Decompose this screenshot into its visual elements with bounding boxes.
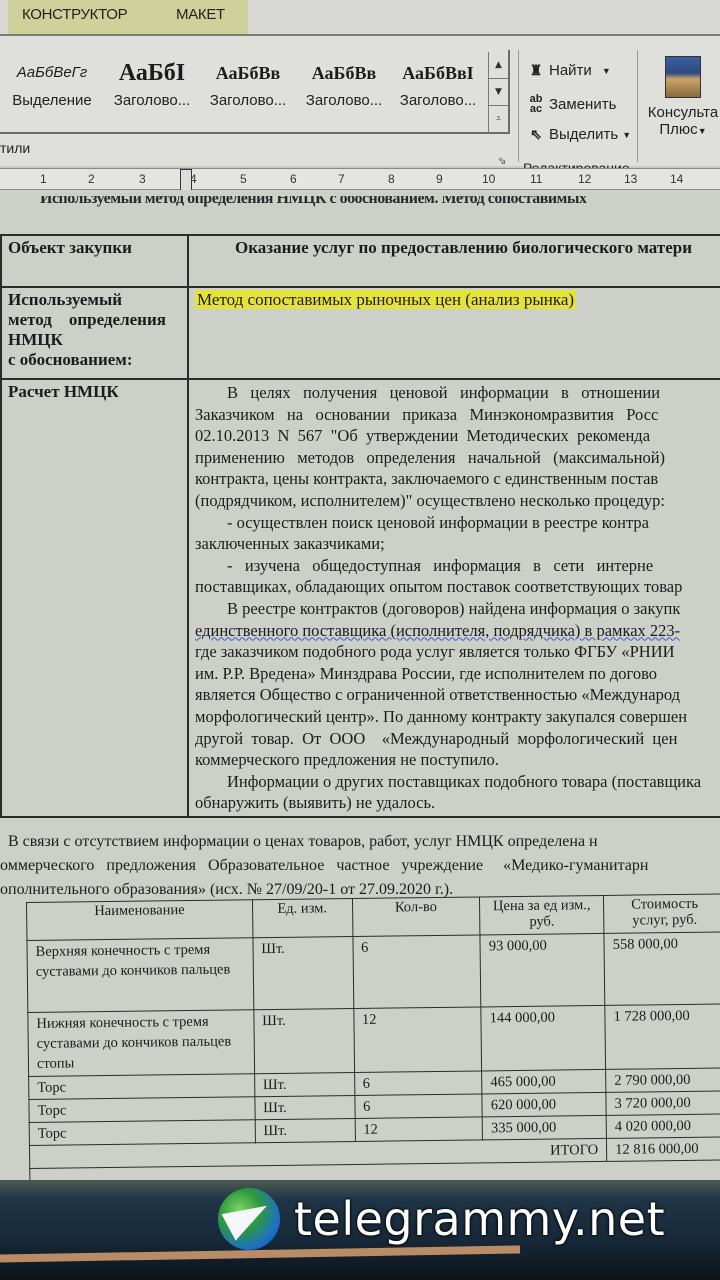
price-table: Наименование Ед. изм. Кол-во Цена за ед … (26, 893, 720, 1195)
col-cost-header: Стоимость услуг, руб. (604, 894, 720, 933)
object-value: Оказание услуг по предоставлению биологи… (188, 235, 720, 287)
select-button[interactable]: ⇖ Выделить ▼ (527, 126, 631, 143)
method-label: Используемый метод определения НМЦК с об… (1, 287, 188, 379)
procurement-info-table: Объект закупки Оказание услуг по предост… (0, 234, 720, 818)
horizontal-ruler[interactable]: 1 2 3 4 5 6 7 8 9 10 11 12 13 14 (0, 168, 720, 190)
ribbon: АаБбВеГг Выделение АаБбI Заголово... АаБ… (0, 34, 720, 166)
consultant-plus-button[interactable]: Консульта Плюс▼ (646, 56, 720, 138)
calc-label: Расчет НМЦК (1, 379, 188, 817)
replace-icon: abac (527, 94, 545, 114)
ribbon-tab-bar: КОНСТРУКТОР МАКЕТ (0, 0, 720, 34)
table-row: Нижняя конечность с тремя суставами до к… (28, 1004, 720, 1077)
method-value: Метод сопоставимых рыночных цен (анализ … (188, 287, 720, 379)
calc-body: В целях получения ценовой информации в о… (195, 382, 720, 814)
style-heading-2[interactable]: АаБбВв Заголово... (200, 54, 296, 109)
scroll-up-icon[interactable]: ▲ (489, 52, 508, 79)
replace-button[interactable]: abac Заменить (527, 94, 616, 114)
expand-gallery-icon[interactable]: ⩡ (489, 106, 508, 133)
tab-constructor[interactable]: КОНСТРУКТОР (22, 6, 127, 23)
telegram-globe-icon (218, 1188, 280, 1250)
conclusion-paragraph: В связи с отсутствием информации о ценах… (0, 830, 720, 902)
tab-layout[interactable]: МАКЕТ (176, 6, 225, 23)
col-price-header: Цена за ед изм., руб. (480, 895, 604, 935)
table-row: Используемый метод определения НМЦК с об… (1, 287, 720, 379)
total-value: 12 816 000,00 (607, 1137, 720, 1161)
style-heading-4[interactable]: АаБбВвI Заголово... (390, 54, 486, 109)
col-name-header: Наименование (27, 900, 253, 941)
watermark-text: telegrammy.net (294, 1192, 665, 1246)
styles-group-label: тили (0, 140, 30, 156)
calc-text: В целях получения ценовой информации в о… (188, 379, 720, 817)
consultant-portrait-icon (665, 56, 701, 98)
partially-visible-heading: Используемый метод определения НМЦК с об… (40, 190, 586, 208)
binoculars-icon: ♜ (527, 62, 545, 79)
table-row: Объект закупки Оказание услуг по предост… (1, 235, 720, 287)
style-heading-3[interactable]: АаБбВв Заголово... (296, 54, 392, 109)
style-heading-1[interactable]: АаБбI Заголово... (104, 54, 200, 109)
watermark: telegrammy.net (218, 1188, 665, 1250)
highlighted-method-text: Метод сопоставимых рыночных цен (анализ … (195, 290, 576, 309)
style-emphasis[interactable]: АаБбВеГг Выделение (4, 54, 100, 109)
table-row: Верхняя конечность с тремя суставами до … (27, 932, 720, 1013)
table-row: Расчет НМЦК В целях получения ценовой ин… (1, 379, 720, 817)
find-button[interactable]: ♜ Найти ▼ (527, 62, 611, 79)
col-qty-header: Кол-во (352, 897, 480, 937)
dialog-launcher-icon[interactable]: ⬂ (498, 156, 506, 167)
editing-group: ♜ Найти ▼ abac Заменить ⇖ Выделить ▼ Ред… (518, 50, 638, 162)
object-label: Объект закупки (1, 235, 188, 287)
chevron-down-icon: ▼ (602, 66, 611, 76)
styles-gallery-scroll: ▲ ▼ ⩡ (488, 52, 508, 134)
col-unit-header: Ед. изм. (252, 899, 352, 938)
chevron-down-icon: ▼ (622, 130, 631, 140)
chevron-down-icon: ▼ (698, 126, 707, 136)
styles-gallery: АаБбВеГг Выделение АаБбI Заголово... АаБ… (0, 50, 510, 134)
scroll-down-icon[interactable]: ▼ (489, 79, 508, 106)
cursor-icon: ⇖ (527, 126, 545, 143)
document-page[interactable]: Используемый метод определения НМЦК с об… (0, 190, 720, 1180)
